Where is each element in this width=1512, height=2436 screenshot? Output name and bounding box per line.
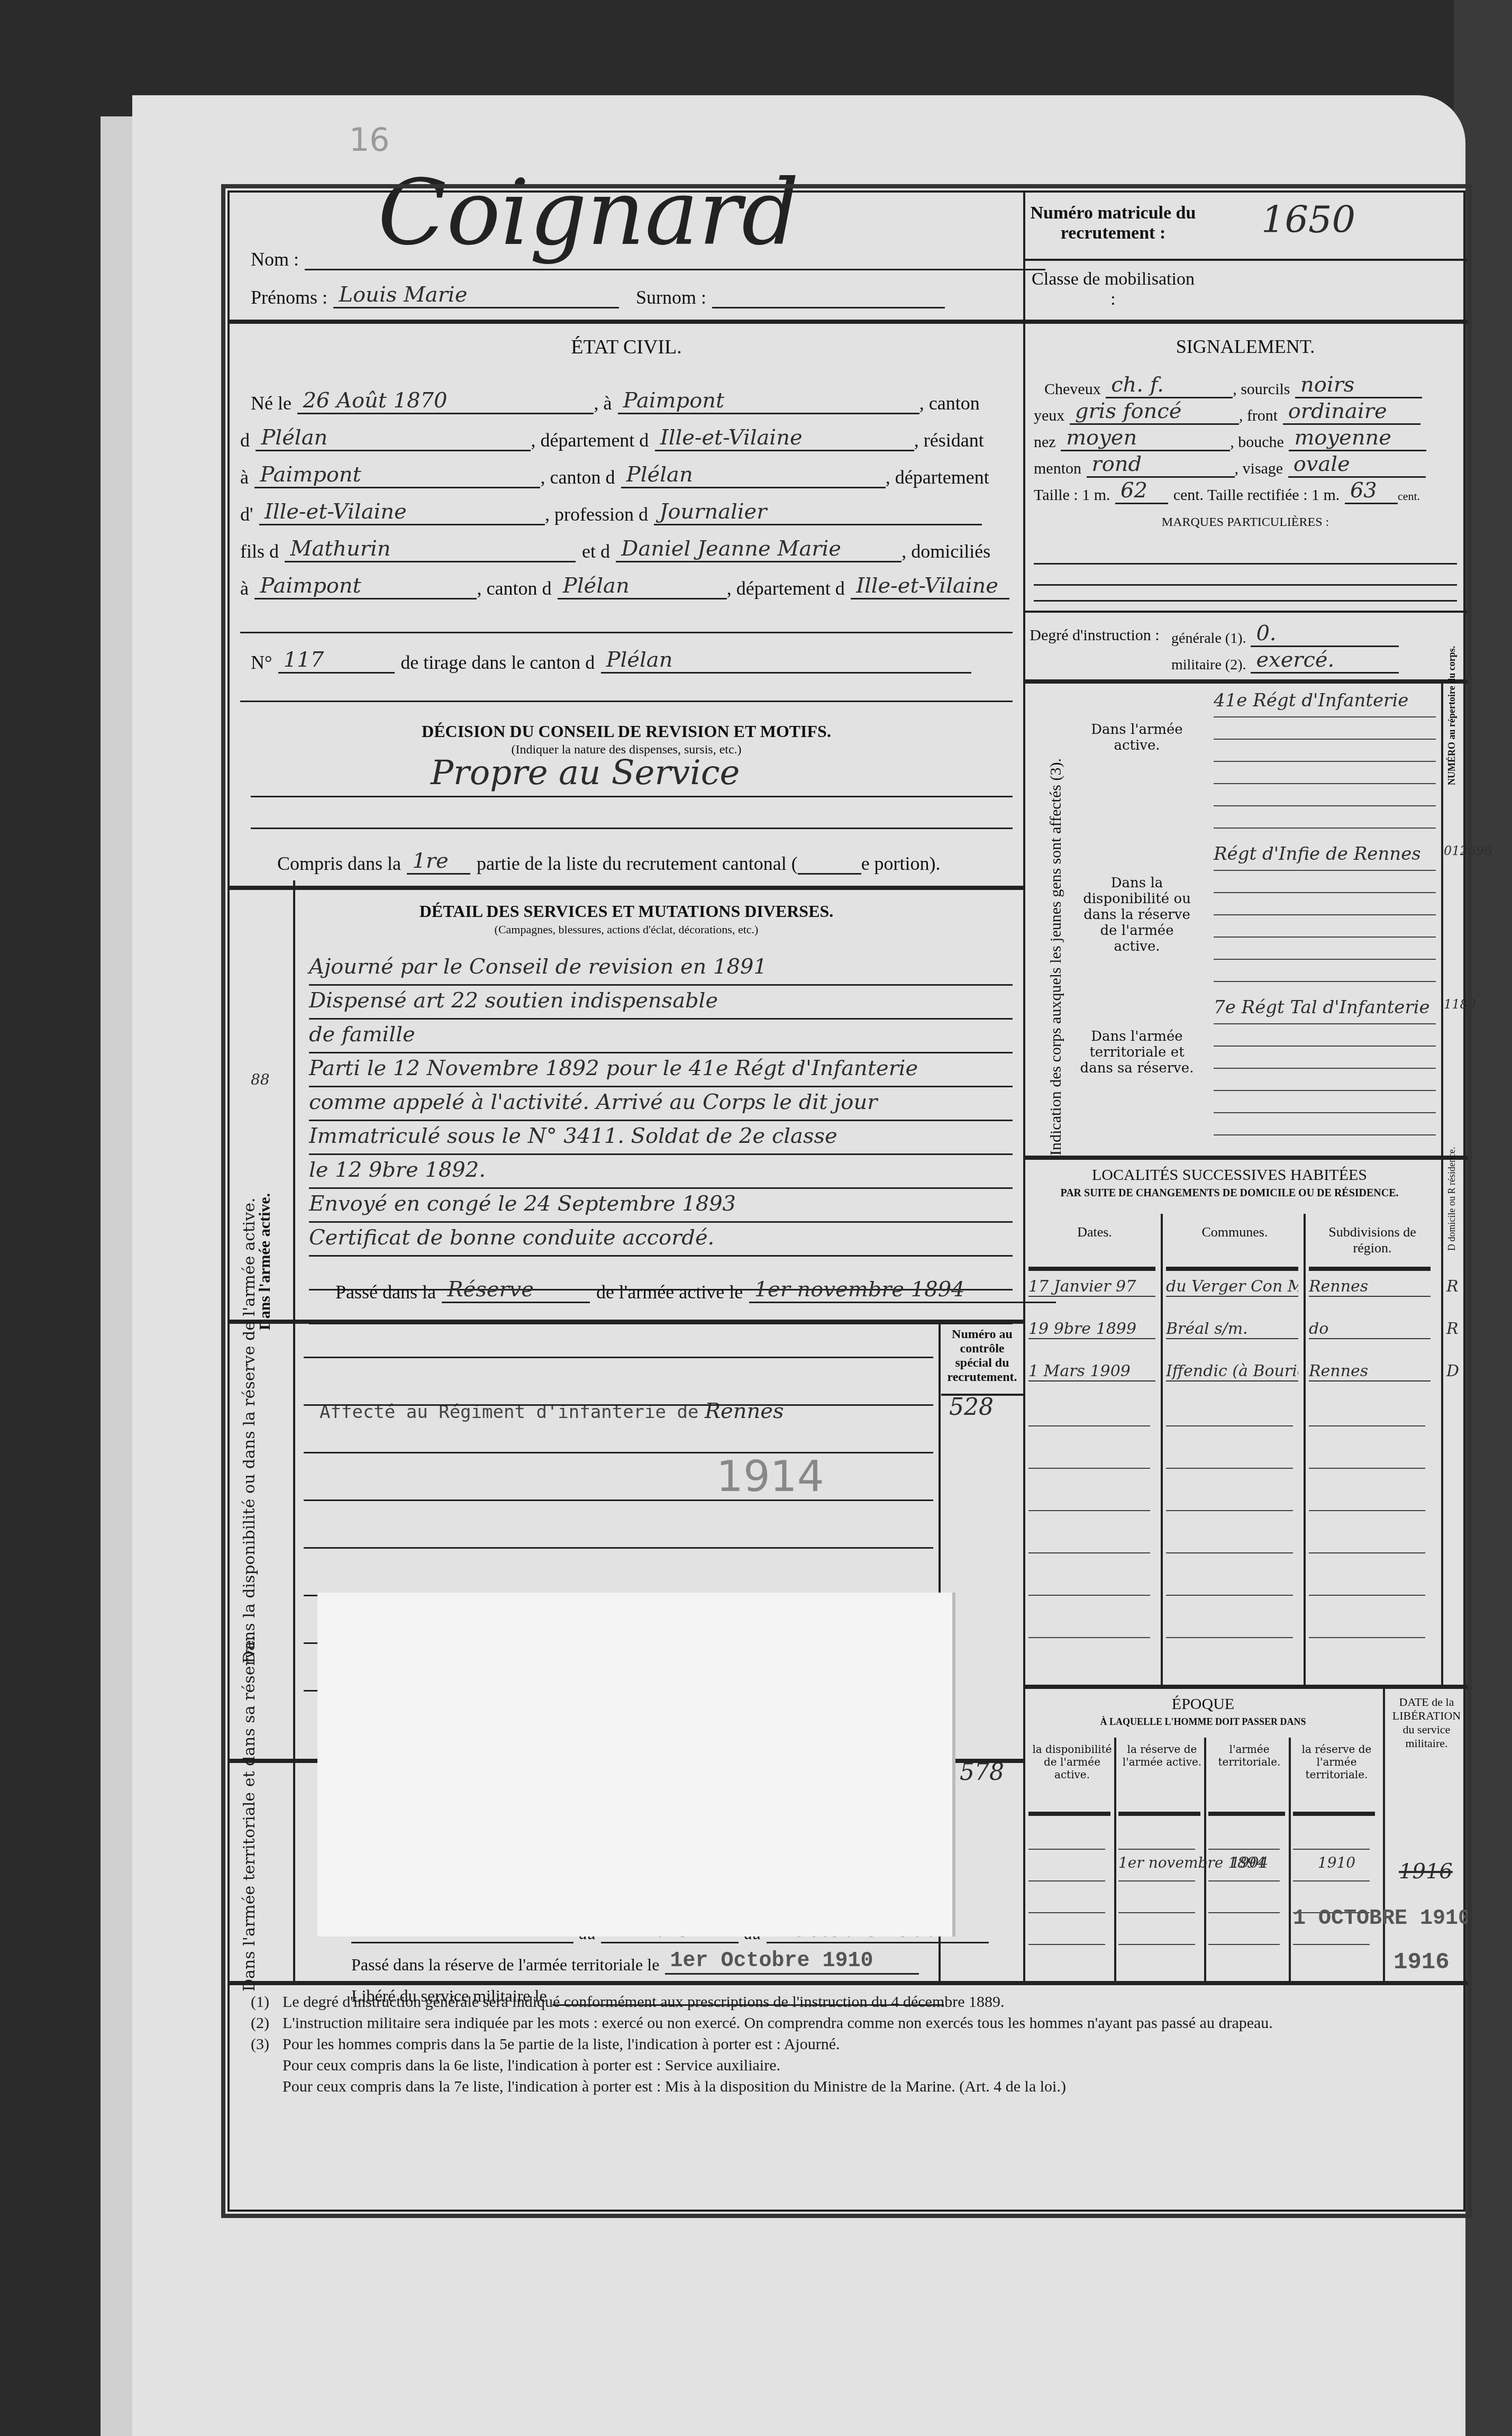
portion-label: e portion). — [861, 853, 941, 874]
a3-label: à — [240, 578, 249, 599]
decision-subtitle: (Indiquer la nature des dispenses, sursi… — [230, 743, 1023, 757]
birth-canton: Plélan — [256, 425, 531, 451]
parents-canton: Plélan — [558, 574, 727, 599]
a2-label: à — [240, 467, 249, 488]
service-line: comme appelé à l'activité. Arrivé au Cor… — [309, 1090, 1013, 1121]
epoque-column-header: la réserve de l'armée active. — [1118, 1743, 1206, 1768]
decision-title: DÉCISION DU CONSEIL DE REVISION ET MOTIF… — [230, 722, 1023, 741]
numero-controle-header: Numéro au contrôle spécial du recrutemen… — [941, 1328, 1023, 1385]
side-label-territoriale: Dans l'armée territoriale et dans sa rés… — [240, 1780, 259, 1992]
prenoms-label: Prénoms : — [251, 287, 327, 308]
birth-departement: Ille-et-Vilaine — [655, 425, 914, 451]
bouche-label: , bouche — [1230, 433, 1284, 451]
menton-label: menton — [1034, 460, 1081, 477]
corps-section-label: Dans l'armée active. — [1076, 722, 1198, 753]
matricule-label: Numéro matricule du recrutement : — [1028, 203, 1198, 243]
service-line: Envoyé en congé le 24 Septembre 1893 — [309, 1192, 1013, 1223]
nom-label: Nom : — [251, 249, 299, 270]
services-title: DÉTAIL DES SERVICES ET MUTATIONS DIVERSE… — [230, 902, 1023, 921]
epoque-column-header: l'armée territoriale. — [1208, 1743, 1290, 1768]
localites-cell-date: 19 9bre 1899 — [1028, 1320, 1155, 1339]
front: ordinaire — [1283, 399, 1420, 425]
degre-label: Degré d'instruction : — [1028, 626, 1161, 644]
reserve-terr-value: 1er Octobre 1910 — [665, 1949, 919, 1975]
taille-rectifiee-cm: 63 — [1345, 478, 1398, 504]
passe-date: 1er novembre 1894 — [749, 1277, 1056, 1303]
localites-column-header: Subdivisions de région. — [1309, 1224, 1436, 1256]
profession: Journalier — [654, 499, 982, 525]
epoque-value: 1904 — [1208, 1854, 1290, 1871]
epoque-title: ÉPOQUE — [1023, 1695, 1383, 1713]
footnote: (2)L'instruction militaire sera indiquée… — [251, 2013, 1457, 2034]
residant-label: , résidant — [914, 430, 984, 451]
tirage-no-label: N° — [251, 652, 272, 673]
localites-cell-dr: R — [1446, 1277, 1459, 1296]
residence-canton: Plélan — [621, 462, 886, 488]
footnote-text: L'instruction militaire sera indiquée pa… — [283, 2014, 1273, 2032]
numero-controle-value-2: 578 — [960, 1759, 1004, 1786]
epoque-column-header: la réserve de l'armée territoriale. — [1293, 1743, 1380, 1781]
d-label: d — [240, 430, 250, 451]
footnotes: (1)Le degré d'instruction générale sera … — [251, 1992, 1457, 2097]
sourcils-label: , sourcils — [1233, 380, 1290, 398]
service-line: Immatriculé sous le N° 3411. Soldat de 2… — [309, 1124, 1013, 1155]
compris-suffix: partie de la liste du recrutement canton… — [477, 853, 798, 874]
corps-section-label: Dans la disponibilité ou dans la réserve… — [1076, 875, 1198, 955]
localites-cell-subdivision: Rennes — [1309, 1362, 1431, 1381]
yeux: gris foncé — [1070, 399, 1239, 425]
footnote-number: (2) — [251, 2013, 283, 2034]
footnote-text: Pour ceux compris dans la 6e liste, l'in… — [283, 2057, 780, 2074]
corps-section-value: Régt d'Infie de Rennes — [1214, 843, 1421, 865]
fils-label: fils d — [240, 541, 279, 562]
corps-section-value: 41e Régt d'Infanterie — [1214, 690, 1408, 711]
liberation-crossed: 1916 — [1399, 1859, 1453, 1884]
corps-section-numero: 012696 — [1444, 843, 1492, 858]
pencil-year: 1914 — [716, 1452, 824, 1501]
dr-header: D domicile ou R résidence. — [1446, 1166, 1458, 1251]
liberation-stamp: 1916 — [1393, 1949, 1450, 1976]
departement2-label: , département — [886, 467, 989, 488]
instruction-generale: 0. — [1251, 621, 1399, 647]
tirage-canton: Plélan — [601, 648, 971, 674]
canton-d-label: , canton d — [540, 467, 615, 488]
footnote: (3)Pour les hommes compris dans la 5e pa… — [251, 2034, 1457, 2055]
affecte-ville: Rennes — [705, 1399, 784, 1423]
nez: moyen — [1061, 425, 1230, 451]
tirage-label: de tirage dans le canton d — [400, 652, 595, 673]
localites-cell-date: 1 Mars 1909 — [1028, 1362, 1155, 1381]
visage: ovale — [1288, 452, 1426, 478]
service-line: Certificat de bonne conduite accordé. — [309, 1225, 1013, 1257]
localites-cell-dr: D — [1446, 1362, 1459, 1380]
localites-title: LOCALITÉS SUCCESSIVES HABITÉES — [1023, 1166, 1436, 1184]
generale-label: générale (1). — [1171, 630, 1246, 647]
corps-section-numero: 1182 — [1444, 997, 1476, 1012]
birth-date: 26 Août 1870 — [297, 388, 594, 414]
margin-note: 88 — [251, 1071, 270, 1088]
mother-name: Daniel Jeanne Marie — [616, 537, 901, 562]
etat-civil-title: ÉTAT CIVIL. — [230, 335, 1023, 359]
localites-cell-commune: Iffendic (à Bourion) — [1166, 1362, 1298, 1381]
footnote: (1)Le degré d'instruction générale sera … — [251, 1992, 1457, 2013]
nom-value: Coignard — [378, 161, 799, 266]
nez-label: nez — [1034, 433, 1056, 451]
domicilies-label: , domiciliés — [901, 541, 990, 562]
surnom-label: Surnom : — [636, 287, 706, 308]
localites-subtitle: PAR SUITE DE CHANGEMENTS DE DOMICILE OU … — [1023, 1187, 1436, 1199]
corps-vertical-label: Indication des corps auxquels les jeunes… — [1047, 758, 1065, 1156]
a-label: , à — [594, 393, 612, 414]
side-label-dispo: Dans la disponibilité ou dans la réserve… — [240, 1346, 259, 1664]
footnote-text: Le degré d'instruction générale sera ind… — [283, 1993, 1005, 2011]
compris-label: Compris dans la — [277, 853, 401, 874]
instruction-militaire: exercé. — [1251, 648, 1399, 674]
canton-label: , canton — [919, 393, 980, 414]
passe-mid-label: de l'armée active le — [596, 1281, 743, 1303]
front-label: , front — [1239, 407, 1278, 424]
localites-cell-date: 17 Janvier 97 — [1028, 1277, 1155, 1297]
localites-cell-subdivision: do — [1309, 1320, 1431, 1339]
surnom-value — [712, 284, 945, 308]
matricule-value: 1650 — [1261, 198, 1355, 241]
tirage-number: 117 — [278, 648, 395, 674]
corps-section-label: Dans l'armée territoriale et dans sa rés… — [1076, 1029, 1198, 1076]
territoriale-reserve-stamp: 1 OCTOBRE 1910 — [1293, 1907, 1471, 1931]
libere-value — [552, 1981, 944, 2006]
service-line: le 12 9bre 1892. — [309, 1158, 1013, 1189]
taille-cm: 62 — [1115, 478, 1168, 504]
service-line: Ajourné par le Conseil de revision en 18… — [309, 955, 1013, 986]
decision-value: Propre au Service — [431, 753, 740, 793]
numero-repertoire-header: NUMÉRO au répertoire du corps. — [1446, 690, 1458, 785]
corps-section-value: 7e Régt Tal d'Infanterie — [1214, 997, 1430, 1018]
profession-label: , profession d — [545, 504, 648, 525]
residence-departement: Ille-et-Vilaine — [259, 499, 545, 525]
libere-label: Libéré du service militaire le — [351, 1986, 547, 2005]
localites-column-header: Communes. — [1166, 1224, 1304, 1240]
passe-value: Réserve — [442, 1277, 590, 1303]
cheveux: ch. f. — [1106, 372, 1233, 398]
taille-label: Taille : 1 m. — [1034, 486, 1110, 504]
father-name: Mathurin — [285, 537, 576, 562]
footnote-text: Pour ceux compris dans la 7e liste, l'in… — [283, 2078, 1066, 2095]
numero-controle-value-1: 528 — [949, 1394, 994, 1421]
footnote: Pour ceux compris dans la 6e liste, l'in… — [251, 2055, 1457, 2076]
militaire-label: militaire (2). — [1171, 657, 1246, 673]
localites-cell-commune: du Verger Con Montfort — [1166, 1277, 1298, 1297]
classe-label: Classe de mobilisation : — [1028, 269, 1198, 310]
departement3-label: , département d — [727, 578, 845, 599]
visage-label: , visage — [1235, 460, 1283, 477]
localites-column-header: Dates. — [1028, 1224, 1161, 1240]
marques-title: MARQUES PARTICULIÈRES : — [1023, 515, 1468, 530]
cheveux-label: Cheveux — [1044, 380, 1101, 398]
sourcils: noirs — [1295, 372, 1422, 398]
portion-value — [798, 850, 861, 875]
d2-label: d' — [240, 504, 253, 525]
liberation-header: DATE de la LIBÉRATION du service militai… — [1386, 1695, 1468, 1750]
pencil-page-note: 16 — [349, 122, 389, 159]
passe-label: Passé dans la — [335, 1281, 436, 1303]
prenoms-value: Louis Marie — [333, 283, 619, 308]
ne-le-label: Né le — [251, 393, 292, 414]
parents-departement: Ille-et-Vilaine — [851, 574, 1009, 599]
yeux-label: yeux — [1034, 407, 1064, 424]
epoque-column-header: la disponibilité de l'armée active. — [1028, 1743, 1116, 1781]
menton: rond — [1087, 452, 1235, 478]
compris-partie: 1re — [407, 849, 470, 875]
signalement-title: SIGNALEMENT. — [1023, 335, 1468, 358]
localites-cell-dr: R — [1446, 1320, 1459, 1338]
reserve-terr-label: Passé dans la réserve de l'armée territo… — [351, 1955, 659, 1974]
residence: Paimpont — [254, 462, 540, 488]
cent-label: cent. — [1398, 489, 1420, 503]
footnote-text: Pour les hommes compris dans la 5e parti… — [283, 2035, 840, 2053]
canton3-label: , canton d — [477, 578, 551, 599]
service-line: Parti le 12 Novembre 1892 pour le 41e Ré… — [309, 1056, 1013, 1087]
footnote-number: (3) — [251, 2034, 283, 2055]
services-subtitle: (Campagnes, blessures, actions d'éclat, … — [230, 923, 1023, 937]
service-line: Dispensé art 22 soutien indispensable — [309, 988, 1013, 1020]
affecte-stamp: Affecté au Régiment d'infanterie de — [320, 1402, 698, 1423]
paper-overlay-patch — [317, 1593, 952, 1937]
service-line: de famille — [309, 1022, 1013, 1053]
taille-rectifiee-label: cent. Taille rectifiée : 1 m. — [1173, 486, 1340, 504]
epoque-subtitle: À LAQUELLE L'HOMME DOIT PASSER DANS — [1023, 1716, 1383, 1728]
localites-cell-commune: Bréal s/m. — [1166, 1320, 1298, 1339]
footnote-number: (1) — [251, 1992, 283, 2013]
epoque-value: 1er novembre 1894 — [1118, 1854, 1206, 1871]
localites-cell-subdivision: Rennes — [1309, 1277, 1431, 1297]
epoque-value: 1910 — [1293, 1854, 1380, 1871]
parents-domicile: Paimpont — [254, 574, 477, 599]
birth-place: Paimpont — [618, 388, 919, 414]
footnote: Pour ceux compris dans la 7e liste, l'in… — [251, 2076, 1457, 2097]
et-de-label: et d — [582, 541, 610, 562]
departement-label: , département d — [531, 430, 649, 451]
bouche: moyenne — [1289, 425, 1426, 451]
side-label-active: Dans l'armée active. — [256, 1193, 274, 1330]
